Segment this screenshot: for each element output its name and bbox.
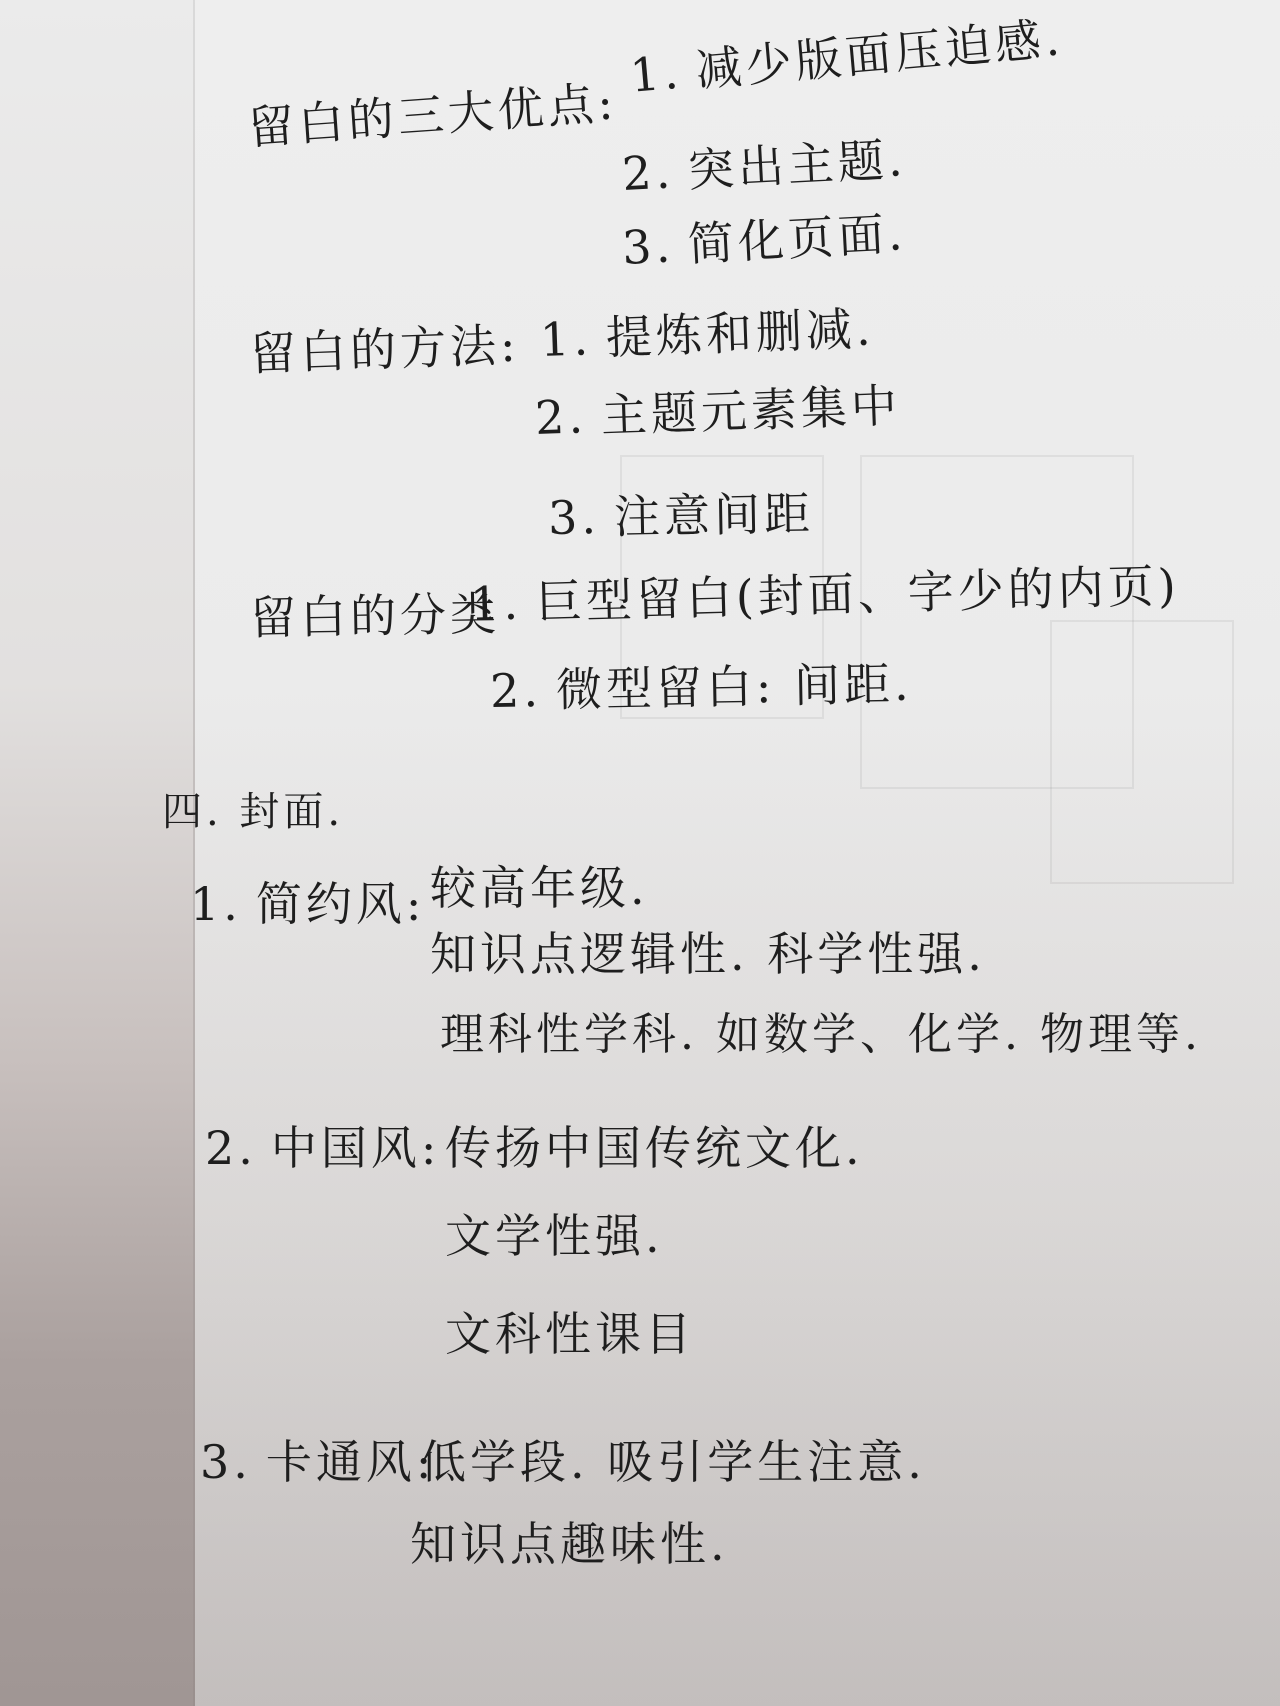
style-name: 卡通风: [266,1435,436,1489]
style-line: 文科性课目 [445,1298,695,1364]
types-label: 留白的分类 [249,578,500,648]
cover-heading: 四. 封面. [162,780,344,837]
style-number: 3. [200,1435,252,1489]
cover-style-label: 1.简约风: [190,868,425,934]
style-line: 较高年级. [430,852,649,918]
style-name: 简约风: [256,877,426,931]
style-line: 文学性强. [445,1200,664,1266]
left-page-shadow [0,0,195,1706]
item-number: 2. [621,144,676,201]
style-number: 2. [205,1121,257,1175]
cover-style-label: 3.卡通风: [200,1426,435,1492]
item-number: 3. [548,490,601,545]
item-number: 1. [539,311,593,367]
style-name: 中国风: [271,1121,441,1175]
item-number: 2. [490,663,543,718]
item-text: 突出主题. [687,132,908,197]
item-number: 3. [621,218,676,275]
item-text: 微型留白: 间距. [555,657,913,717]
item-text: 主题元素集中 [600,378,902,442]
type-item: 2.微型留白: 间距. [489,648,913,721]
method-item: 2.主题元素集中 [534,369,902,448]
show-through-box [1050,620,1234,884]
style-line: 理科性学科. 如数学、化学. 物理等. [440,998,1202,1062]
cover-style-label: 2.中国风: [205,1112,440,1178]
item-text: 注意间距 [613,486,814,543]
item-number: 1. [469,576,522,631]
methods-label: 留白的方法: [249,309,521,384]
item-number: 2. [534,389,588,445]
style-line: 知识点逻辑性. 科学性强. [430,918,986,984]
style-line: 知识点趣味性. [410,1508,729,1574]
style-line: 低学段. 吸引学生注意. [420,1426,926,1492]
style-number: 1. [190,877,242,931]
item-text: 简化页面. [687,206,908,271]
item-number: 1. [628,45,684,103]
item-text: 提炼和删减. [605,301,875,364]
method-item: 3.注意间距 [547,477,814,548]
style-line: 传扬中国传统文化. [445,1112,864,1178]
method-item: 1.提炼和删减. [539,292,876,370]
